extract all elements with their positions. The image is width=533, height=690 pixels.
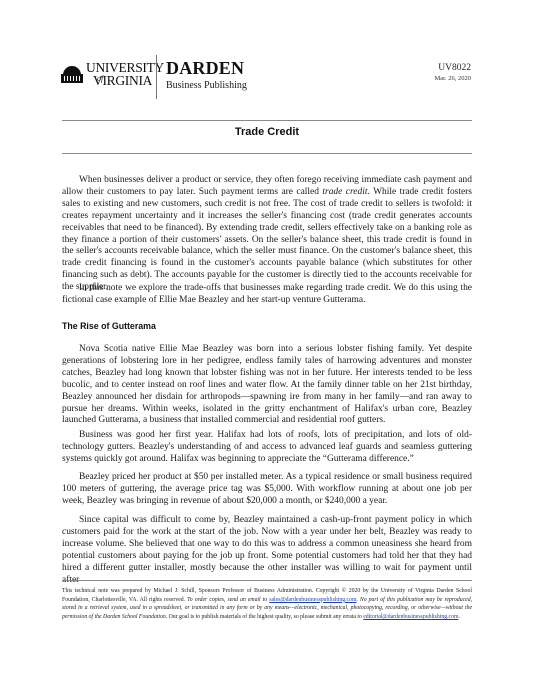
document-page: UNIVERSITY VIRGINIA of DARDEN Business P… <box>0 0 533 690</box>
case-info: UV8022 Mar. 26, 2020 <box>435 63 471 83</box>
section-heading: The Rise of Gutterama <box>62 321 156 331</box>
darden-logo-subtitle: Business Publishing <box>166 79 247 93</box>
case-date: Mar. 26, 2020 <box>435 74 471 83</box>
case-number: UV8022 <box>435 63 471 74</box>
university-of-virginia-logo: UNIVERSITY VIRGINIA <box>61 58 164 90</box>
rotunda-icon <box>61 66 83 83</box>
intro-section: When businesses deliver a product or ser… <box>62 175 472 294</box>
section-paragraph-4-wrap: Since capital was difficult to come by, … <box>62 515 472 586</box>
intro-section-2: In this note we explore the trade-offs t… <box>62 283 472 307</box>
section-paragraph-3-wrap: Beazley priced her product at $50 per in… <box>62 472 472 508</box>
section-paragraph-2-wrap: Business was good her first year. Halifa… <box>62 430 472 466</box>
section-paragraph-3: Beazley priced her product at $50 per in… <box>62 472 472 508</box>
title-top-rule <box>62 120 472 121</box>
italic-term: trade credit <box>322 187 367 197</box>
intro-paragraph-1: When businesses deliver a product or ser… <box>62 175 472 294</box>
document-title: Trade Credit <box>62 126 472 138</box>
darden-logo-title: DARDEN <box>166 58 247 78</box>
footer-rule <box>62 580 472 581</box>
darden-logo: DARDEN Business Publishing <box>166 58 247 93</box>
section-paragraph-2: Business was good her first year. Halifa… <box>62 430 472 466</box>
section-paragraph-4: Since capital was difficult to come by, … <box>62 515 472 586</box>
uva-logo-of: of <box>97 74 103 83</box>
sales-email-link[interactable]: sales@dardenbusinesspublishing.com <box>269 597 356 603</box>
title-bottom-rule <box>62 153 472 154</box>
intro-paragraph-2: In this note we explore the trade-offs t… <box>62 283 472 307</box>
footer-note: This technical note was prepared by Mich… <box>62 587 472 622</box>
section-paragraph-1-wrap: Nova Scotia native Ellie Mae Beazley was… <box>62 344 472 427</box>
uva-logo-line1: UNIVERSITY <box>86 61 164 75</box>
section-paragraph-1: Nova Scotia native Ellie Mae Beazley was… <box>62 344 472 427</box>
logo-divider <box>156 55 157 99</box>
editorial-email-link[interactable]: editorial@dardenbusinesspublishing.com <box>363 614 458 620</box>
